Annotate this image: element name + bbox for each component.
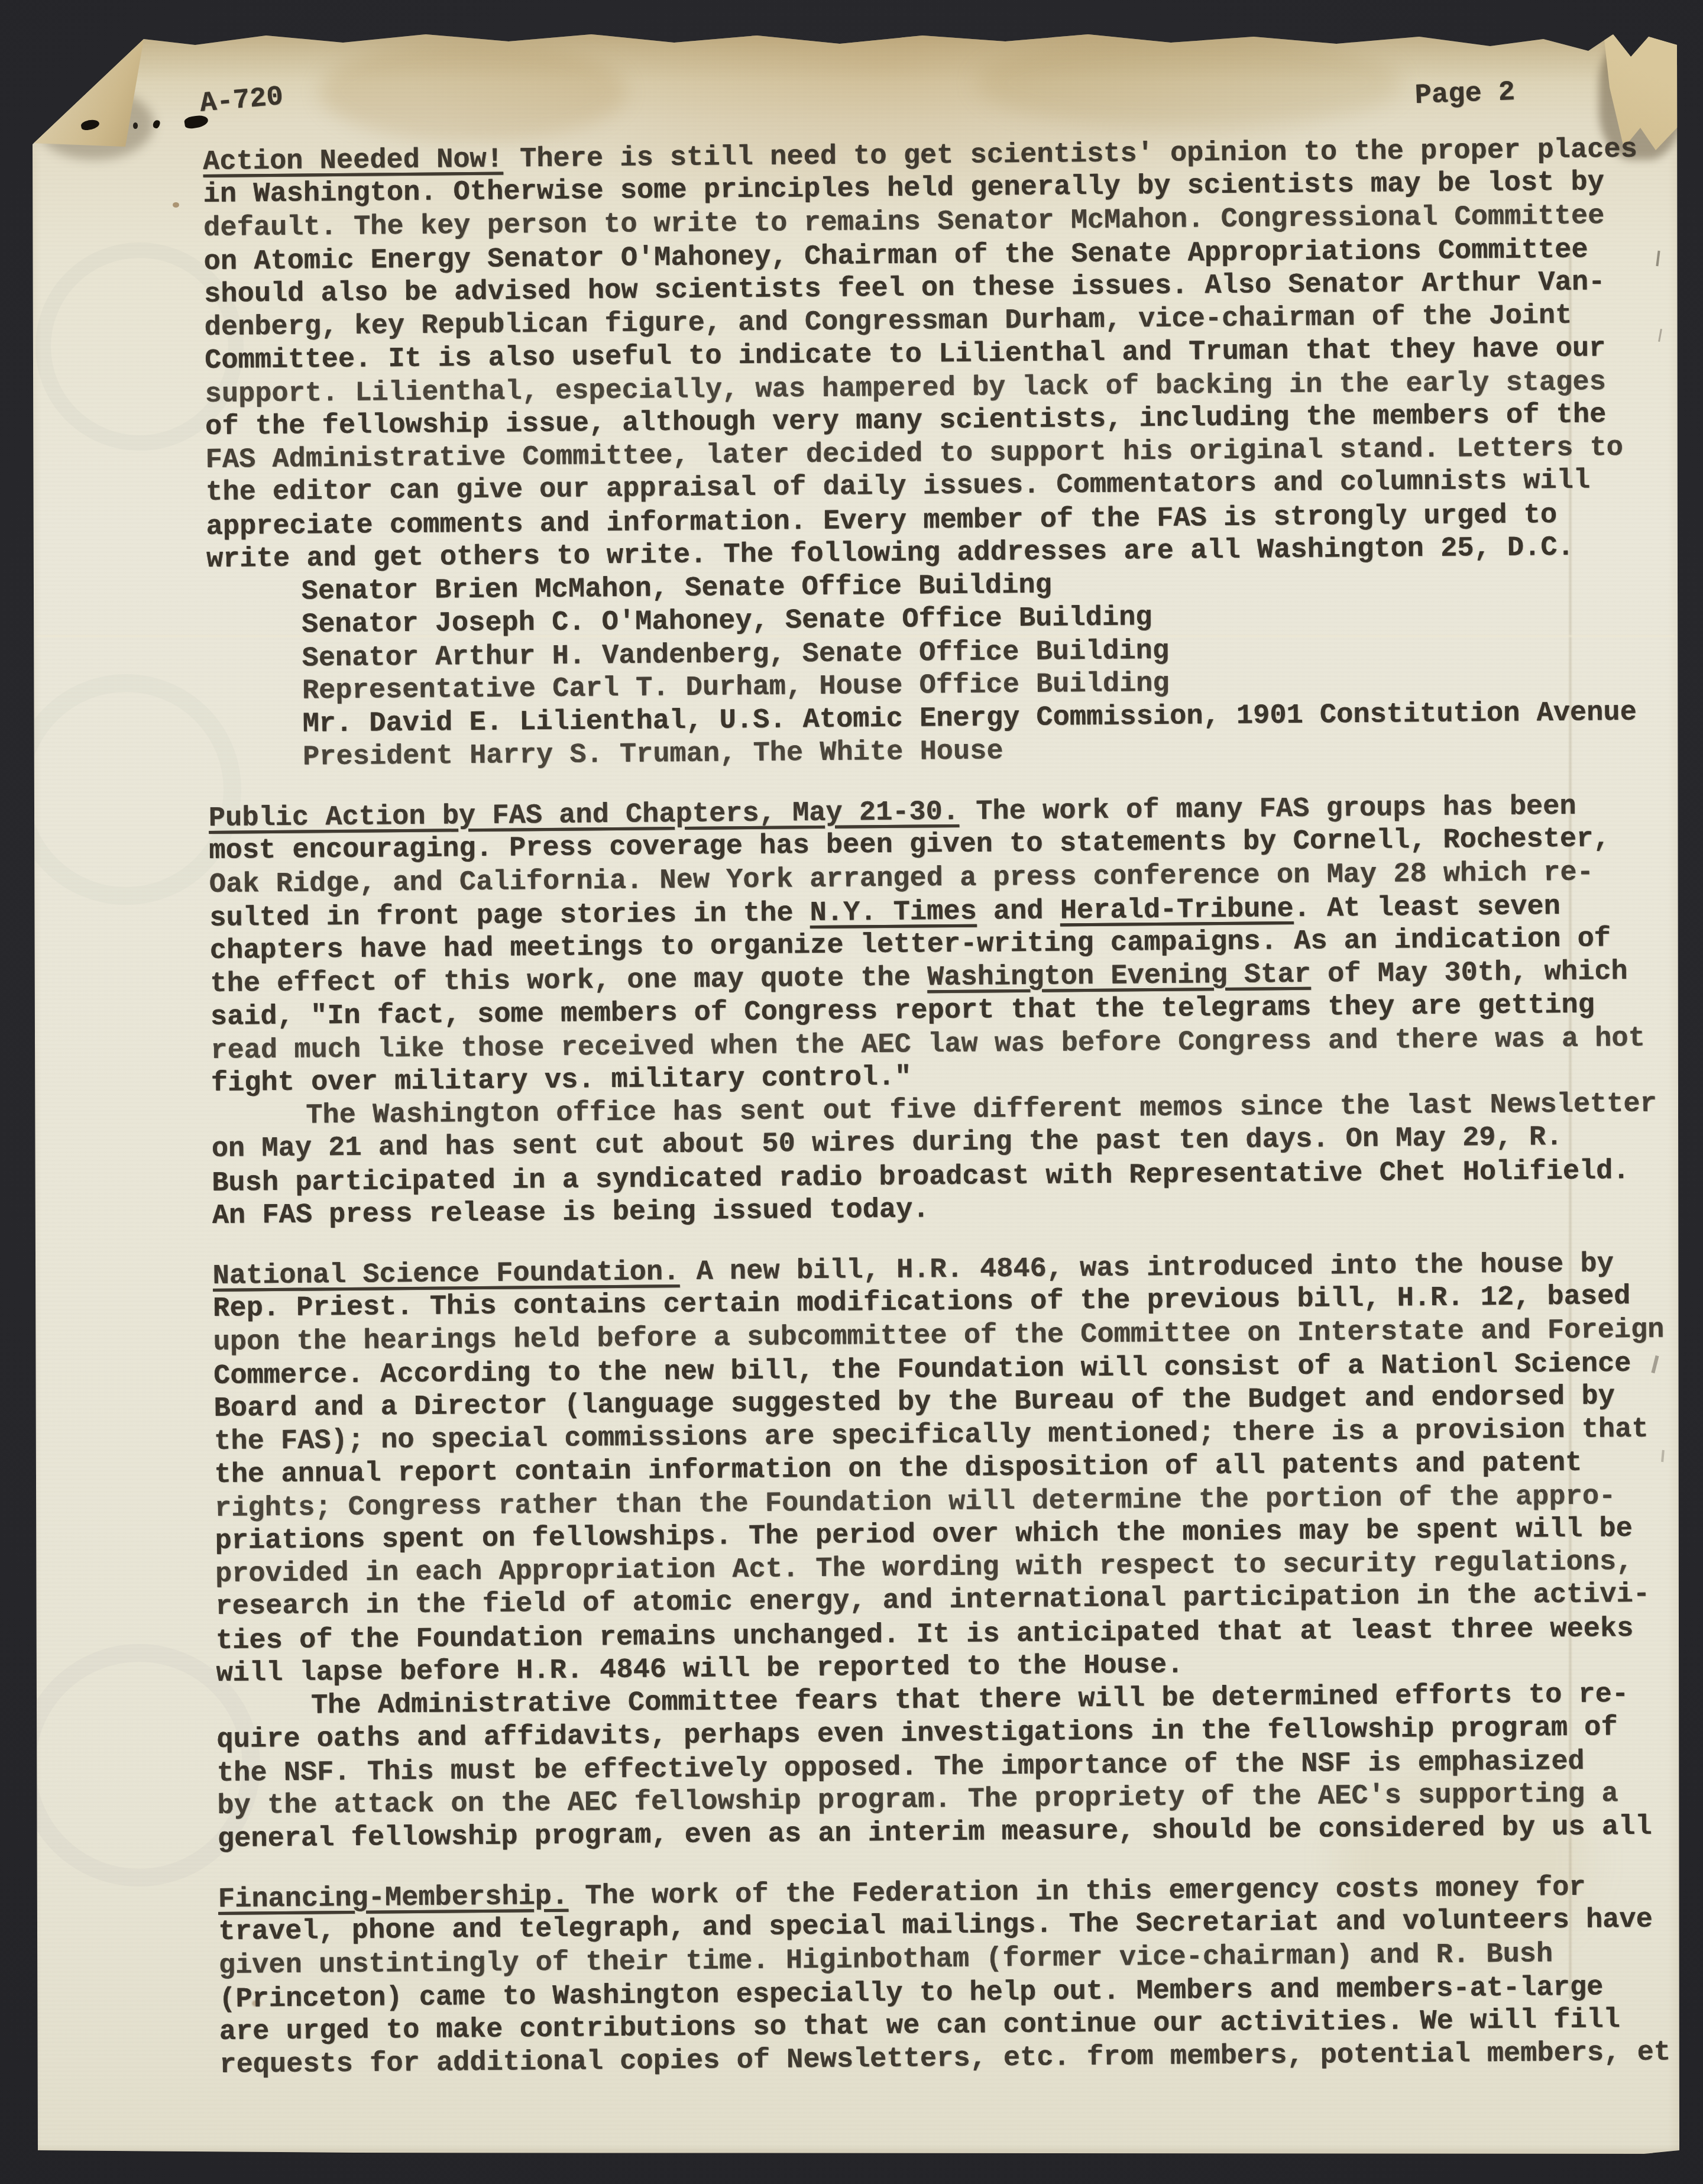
section-financing-membership: Financing-Membership. The work of the Fe… (218, 1871, 1672, 2082)
text-run: . At least seven (1293, 891, 1560, 925)
underlined-text: N.Y. Times (810, 897, 977, 929)
stray-ink-mark (1658, 329, 1662, 342)
text-run: Senator Brien McMahon, Senate Office Bui… (301, 570, 1052, 608)
underlined-text: Action Needed Now! (203, 144, 503, 178)
text-run: Senator Joseph C. O'Mahoney, Senate Offi… (302, 602, 1152, 641)
scanned-document-page: A-720 Page 2 Action Needed Now! There is… (0, 0, 1703, 2184)
document-number: A-720 (199, 82, 284, 120)
ink-speck (173, 202, 179, 208)
page-number: Page 2 (1414, 77, 1516, 112)
section-national-science-foundation: National Science Foundation. A new bill,… (212, 1248, 1669, 1856)
text-run: and (977, 895, 1060, 927)
text-run: President Harry S. Truman, The White Hou… (303, 736, 1003, 773)
underlined-text: Public Action by FAS and Chapters, May 2… (209, 797, 960, 834)
ink-smudge (133, 122, 138, 129)
text-run: fight over military vs. military control… (211, 1062, 912, 1099)
underlined-text: Financing-Membership. (218, 1881, 569, 1916)
underlined-text: Washington Evening Star (927, 959, 1311, 994)
text-run: of May 30th, which (1311, 956, 1628, 991)
section-action-needed-now: Action Needed Now! There is still need t… (203, 134, 1660, 775)
underlined-text: National Science Foundation. (212, 1257, 679, 1292)
section-public-action-by-fas: Public Action by FAS and Chapters, May 2… (209, 790, 1664, 1233)
document-body: Action Needed Now! There is still need t… (203, 134, 1671, 2082)
text-run: sulted in front page stories in the (209, 898, 810, 934)
text-run: An FAS press release is being issued tod… (212, 1194, 930, 1232)
paper-sheet: A-720 Page 2 Action Needed Now! There is… (0, 0, 1703, 2184)
stray-ink-mark (1656, 251, 1660, 266)
underlined-text: Herald-Tribune (1060, 894, 1294, 927)
bleed-through-ring-stain (11, 674, 241, 905)
text-run: the effect of this work, one may quote t… (210, 962, 927, 1000)
text-run: The work of many FAS groups has been (959, 791, 1576, 828)
text-run: Representative Carl T. Durham, House Off… (302, 668, 1170, 707)
